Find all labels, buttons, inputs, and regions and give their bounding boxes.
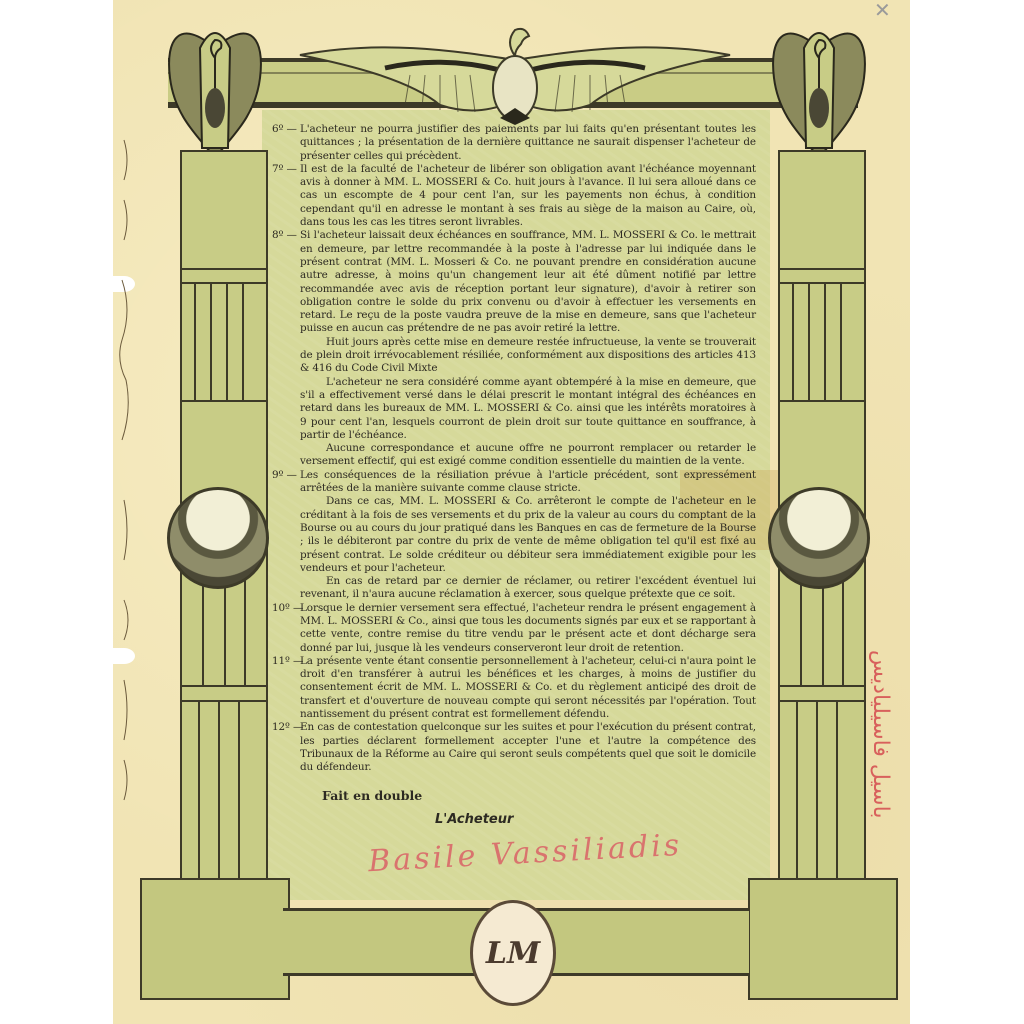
clause-8-para-2: Huit jours après cette mise en demeure r…: [272, 336, 756, 376]
pyramids-vignette-right-icon: [768, 487, 870, 589]
contract-text: 6º —L'acheteur ne pourra justifier des p…: [272, 123, 756, 775]
corner-mark: ✕: [874, 0, 891, 22]
clause-8: 8º —Si l'acheteur laissait deux échéance…: [272, 229, 756, 335]
clause-7: 7º —Il est de la faculté de l'acheteur d…: [272, 163, 756, 229]
arabic-margin-note: باسيل فاسيلياديس: [868, 650, 893, 818]
clause-9-para-2: Dans ce cas, MM. L. MOSSERI & Co. arrête…: [272, 495, 756, 575]
clause-8-para-3: L'acheteur ne sera considéré comme ayant…: [272, 376, 756, 442]
clause-11: 11º —La présente vente étant consentie p…: [272, 655, 756, 721]
eagle-capital-left-icon: [160, 8, 270, 168]
clause-8-para-4: Aucune correspondance et aucune offre ne…: [272, 442, 756, 469]
clause-6: 6º —L'acheteur ne pourra justifier des p…: [272, 123, 756, 163]
closing-text: Fait en double: [322, 788, 422, 803]
clause-12: 12º —En cas de contestation quelconque s…: [272, 721, 756, 774]
winged-vulture-icon: [290, 20, 740, 125]
signatory-label: L'Acheteur: [435, 812, 513, 827]
handwriting-left-margin: [116, 120, 140, 820]
right-pedestal: [748, 878, 898, 1000]
monogram-seal: LM: [470, 900, 556, 1006]
clause-10: 10º —Lorsque le dernier versement sera e…: [272, 602, 756, 655]
clause-9: 9º —Les conséquences de la résiliation p…: [272, 469, 756, 496]
left-pedestal: [140, 878, 290, 1000]
clause-9-para-3: En cas de retard par ce dernier de récla…: [272, 575, 756, 602]
pyramids-vignette-left-icon: [167, 487, 269, 589]
eagle-capital-right-icon: [764, 8, 874, 168]
